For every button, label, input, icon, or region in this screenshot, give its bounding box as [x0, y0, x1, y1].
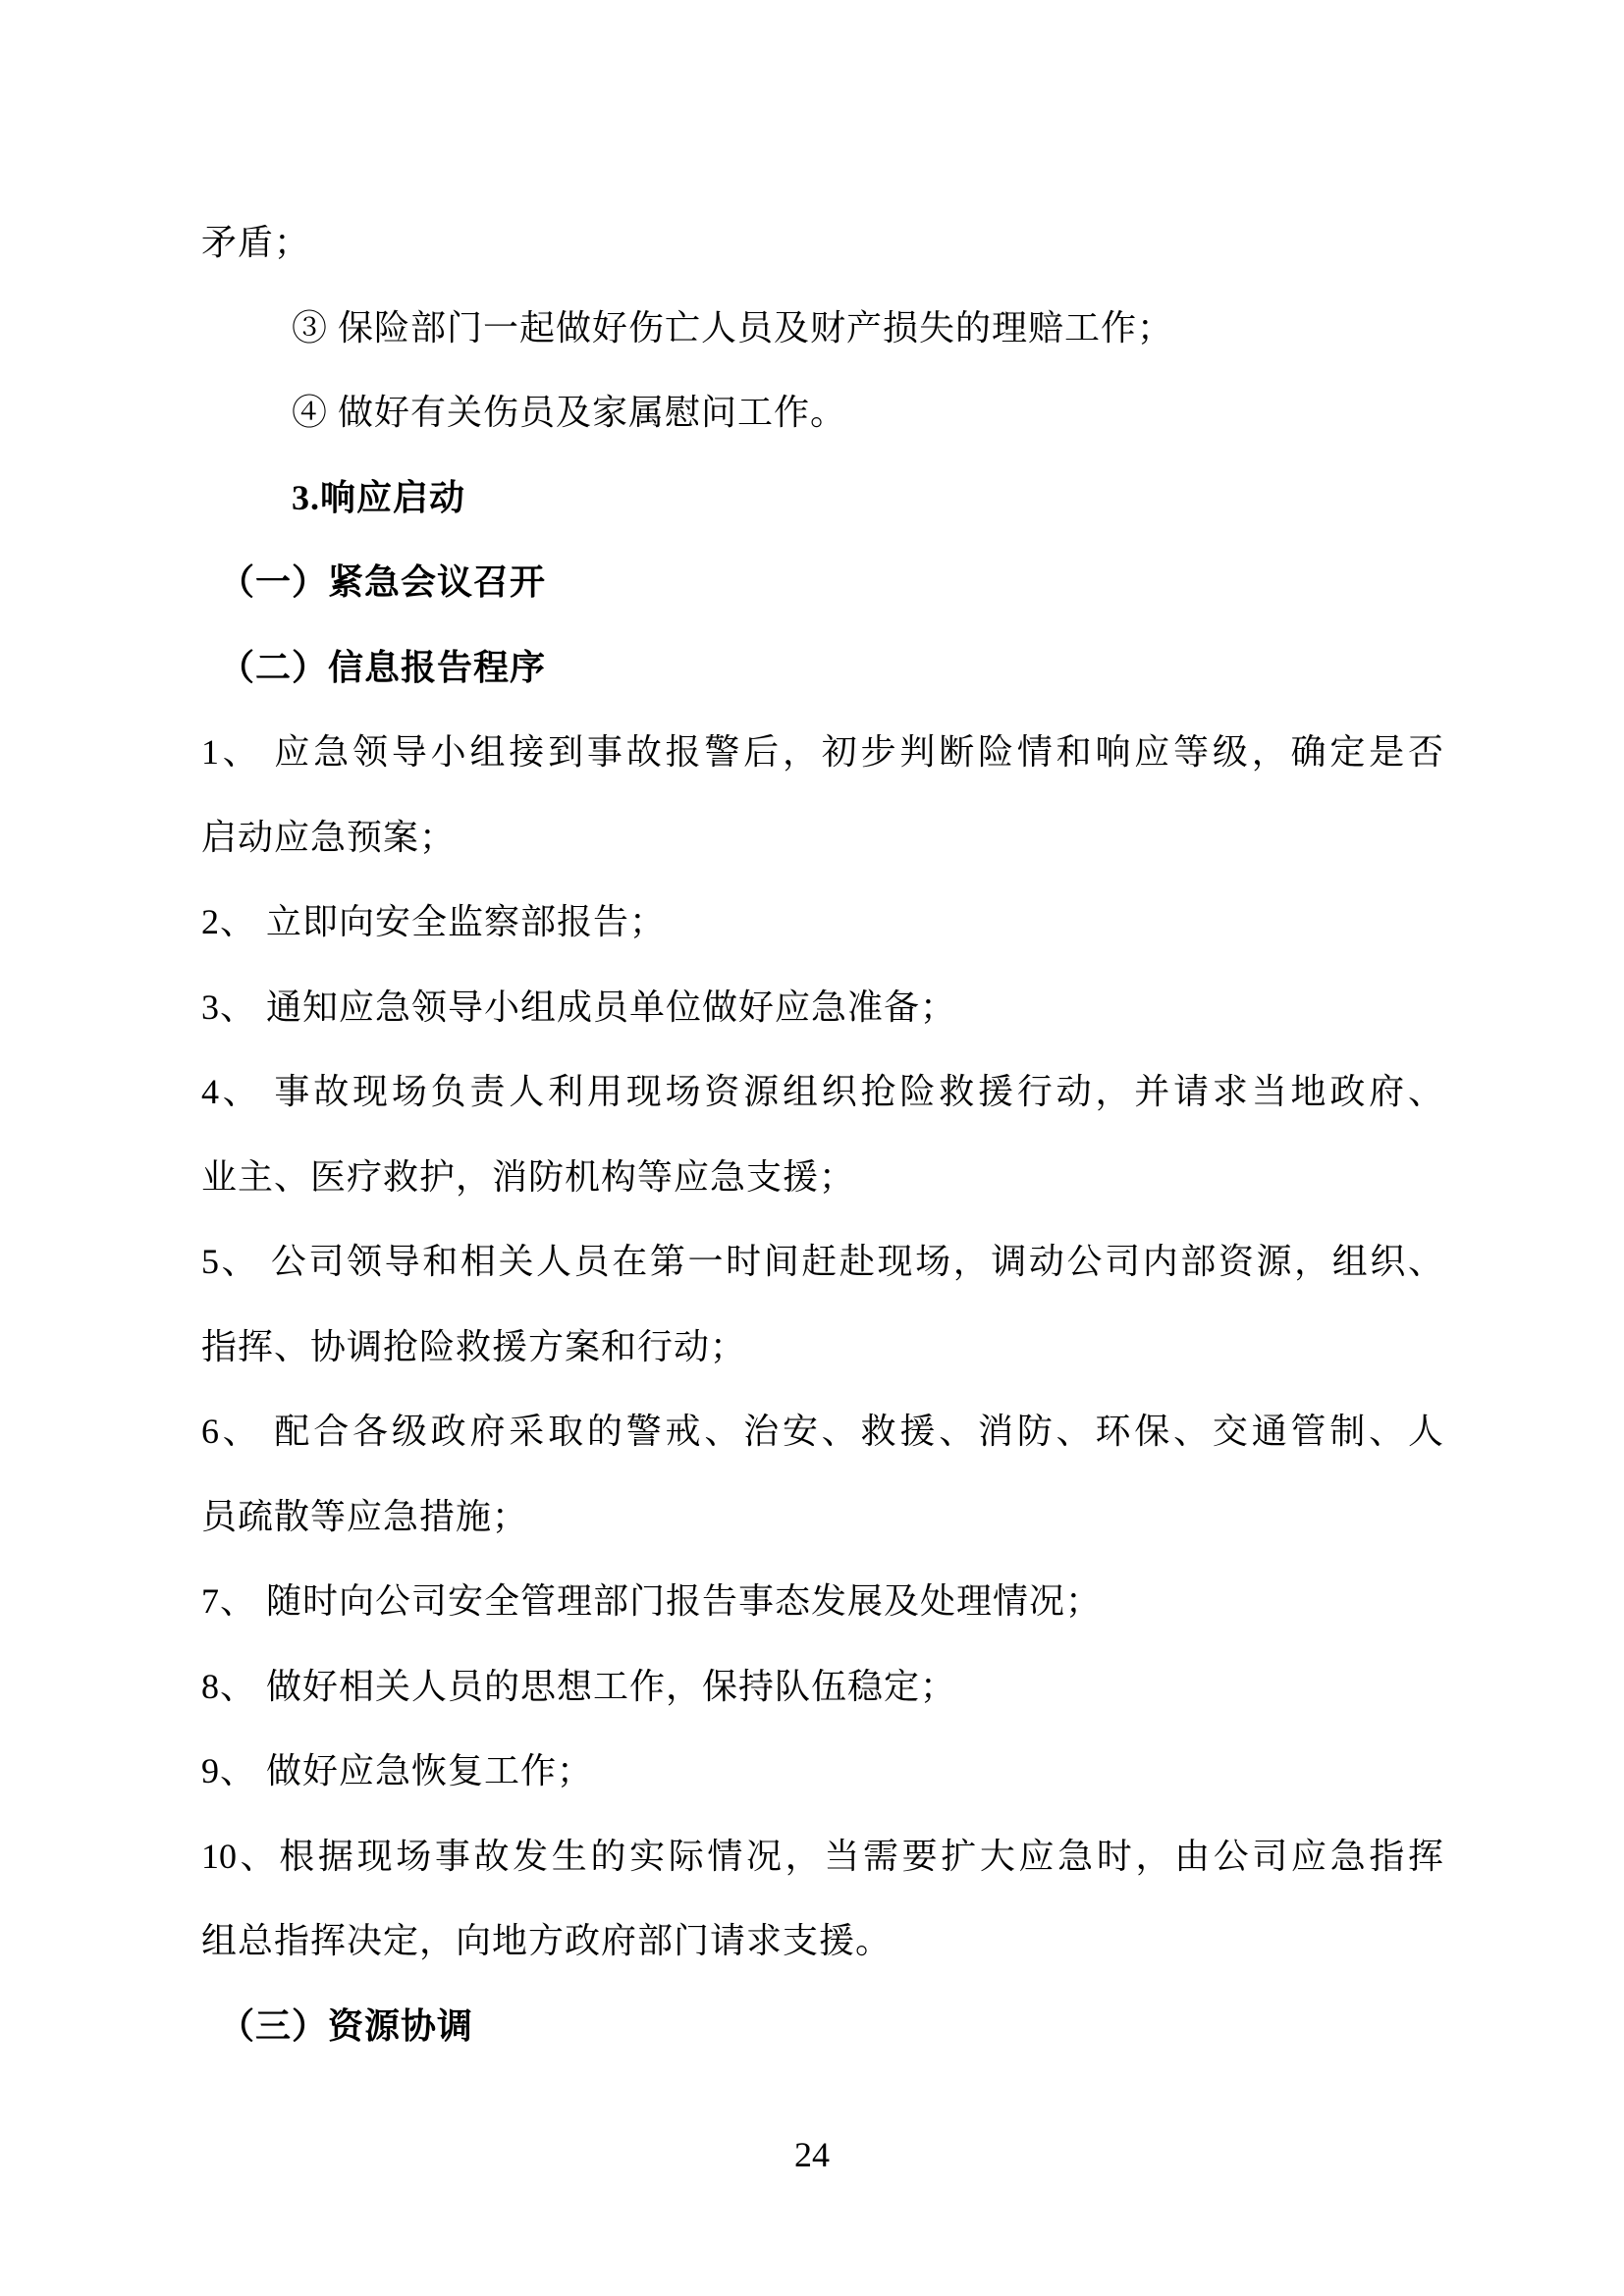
text-line: ③ 保险部门一起做好伤亡人员及财产损失的理赔工作；	[201, 286, 1443, 371]
text-line: 8、 做好相关人员的思想工作，保持队伍稳定；	[201, 1644, 1443, 1730]
text-line: 2、 立即向安全监察部报告；	[201, 880, 1443, 965]
text-line: （三）资源协调	[201, 1984, 1443, 2069]
text-line: 启动应急预案；	[201, 795, 1443, 881]
text-line: （一）紧急会议召开	[201, 540, 1443, 625]
text-line: ④ 做好有关伤员及家属慰问工作。	[201, 370, 1443, 455]
text-line: 组总指挥决定，向地方政府部门请求支援。	[201, 1898, 1443, 1984]
text-line: 3、 通知应急领导小组成员单位做好应急准备；	[201, 965, 1443, 1050]
text-line: 指挥、协调抢险救援方案和行动；	[201, 1305, 1443, 1390]
text-line: （二）信息报告程序	[201, 625, 1443, 711]
text-line: 矛盾；	[201, 200, 1443, 286]
text-line: 9、 做好应急恢复工作；	[201, 1729, 1443, 1814]
text-line: 4、 事故现场负责人利用现场资源组织抢险救援行动，并请求当地政府、	[201, 1049, 1443, 1135]
text-line: 1、 应急领导小组接到事故报警后，初步判断险情和响应等级，确定是否	[201, 710, 1443, 795]
text-line: 10、根据现场事故发生的实际情况，当需要扩大应急时，由公司应急指挥	[201, 1814, 1443, 1899]
document-body: 矛盾；③ 保险部门一起做好伤亡人员及财产损失的理赔工作；④ 做好有关伤员及家属慰…	[201, 200, 1443, 2068]
text-line: 7、 随时向公司安全管理部门报告事态发展及处理情况；	[201, 1559, 1443, 1644]
document-page: 矛盾；③ 保险部门一起做好伤亡人员及财产损失的理赔工作；④ 做好有关伤员及家属慰…	[0, 0, 1624, 2296]
text-line: 员疏散等应急措施；	[201, 1474, 1443, 1560]
page-number: 24	[0, 2132, 1624, 2177]
text-line: 5、 公司领导和相关人员在第一时间赶赴现场，调动公司内部资源，组织、	[201, 1219, 1443, 1305]
text-line: 业主、医疗救护，消防机构等应急支援；	[201, 1135, 1443, 1220]
text-line: 3.响应启动	[201, 455, 1443, 541]
text-line: 6、 配合各级政府采取的警戒、治安、救援、消防、环保、交通管制、人	[201, 1389, 1443, 1474]
